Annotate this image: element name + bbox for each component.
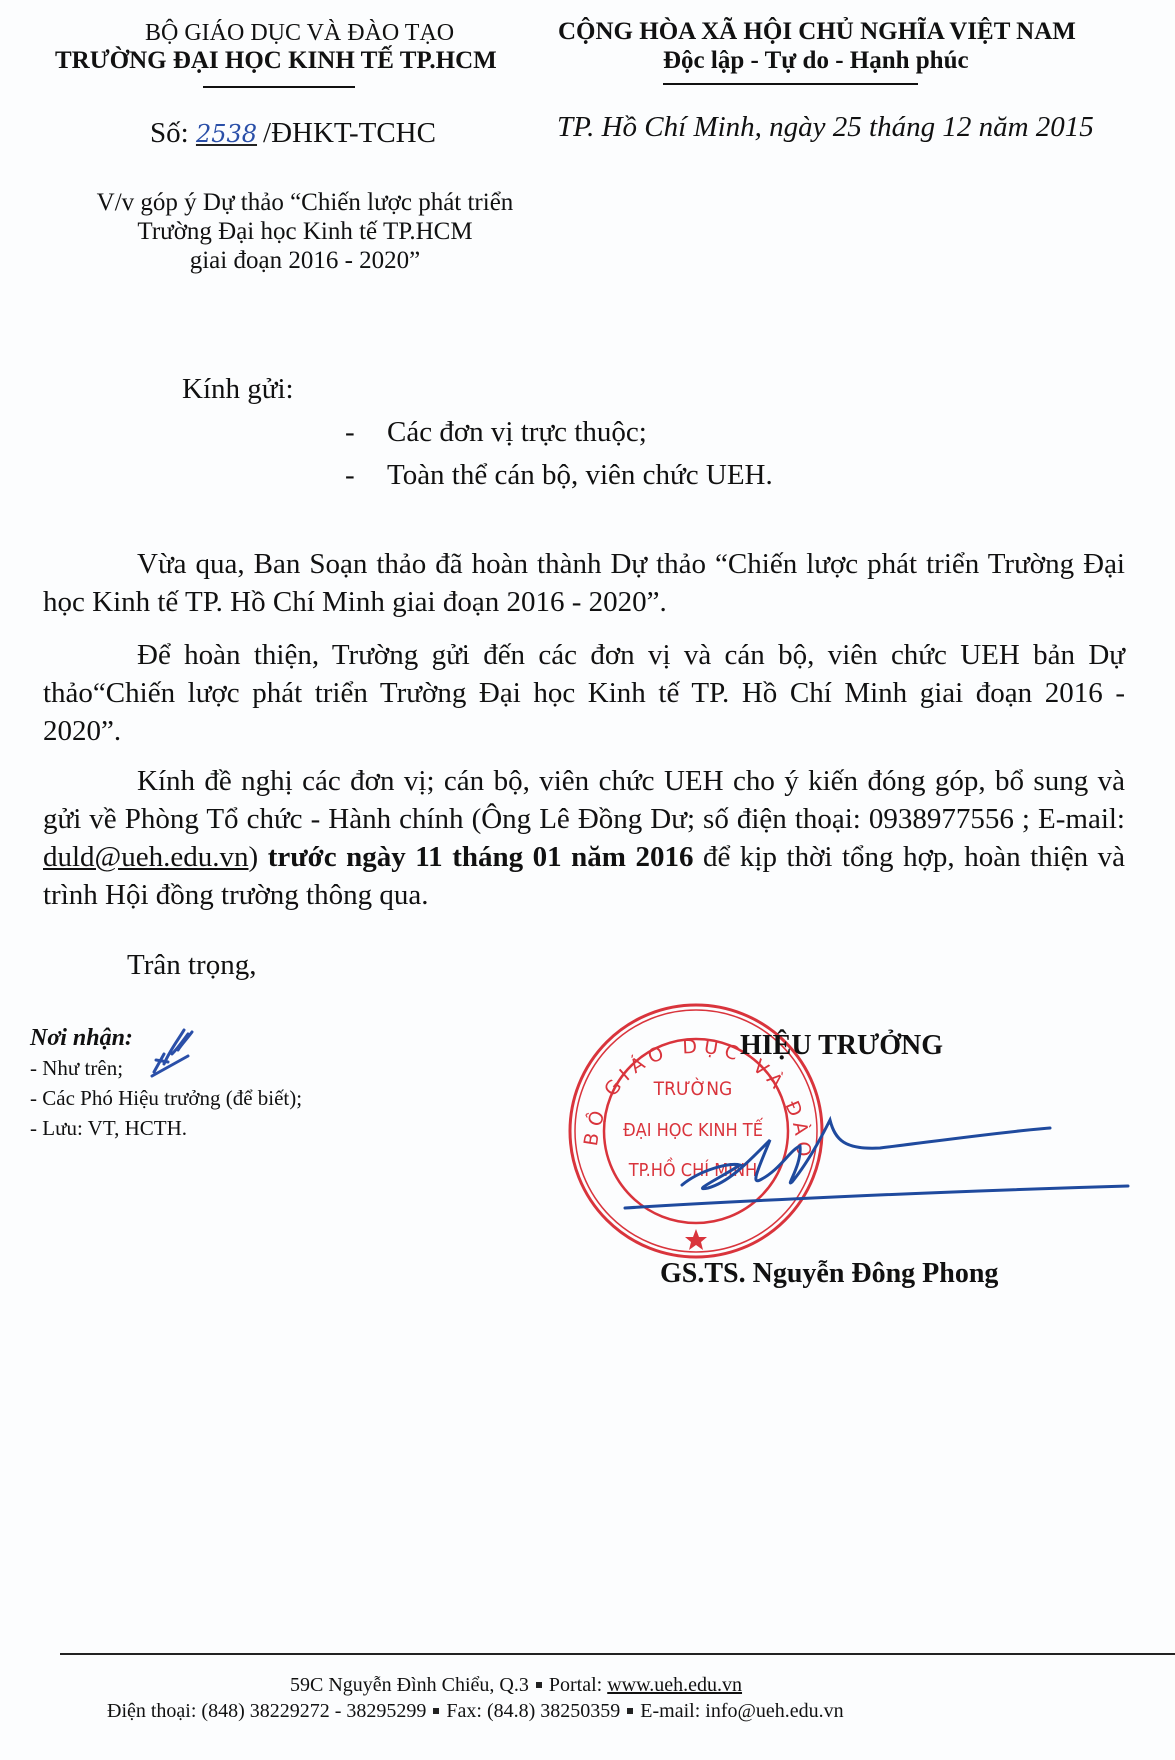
- body-paragraph-3: Kính đề nghị các đơn vị; cán bộ, viên ch…: [43, 762, 1125, 914]
- university-prefix: TRƯỜNG: [55, 47, 173, 74]
- ministry-name: BỘ GIÁO DỤC VÀ ĐÀO TẠO: [145, 19, 454, 47]
- doc-number-suffix: /ĐHKT-TCHC: [263, 117, 436, 149]
- handwritten-initials-icon: [148, 1020, 198, 1080]
- footer-fax: Fax: (84.8) 38250359: [446, 1700, 620, 1722]
- recipient-text: Toàn thể cán bộ, viên chức UEH.: [387, 459, 773, 491]
- subject-line: Trường Đại học Kinh tế TP.HCM: [50, 217, 560, 246]
- recipient-item: -Các đơn vị trực thuộc;: [345, 413, 647, 451]
- footer-divider: [60, 1653, 1175, 1655]
- distribution-item: - Lưu: VT, HCTH.: [30, 1115, 187, 1141]
- recipient-text: Các đơn vị trực thuộc;: [387, 416, 647, 448]
- subject-line: V/v góp ý Dự thảo “Chiến lược phát triển: [50, 188, 560, 217]
- handwritten-signature-icon: [620, 1110, 1140, 1210]
- subject-line: giai đoạn 2016 - 2020”: [50, 246, 560, 275]
- motto-underline: [663, 83, 918, 85]
- deadline-text: trước ngày 11 tháng 01 năm 2016: [268, 841, 694, 873]
- national-title: CỘNG HÒA XÃ HỘI CHỦ NGHĨA VIỆT NAM: [558, 18, 1076, 46]
- paragraph-text: ): [249, 841, 268, 873]
- footer-contact-line: Điện thoại: (848) 38229272 - 38295299Fax…: [107, 1699, 844, 1723]
- closing: Trân trọng,: [127, 948, 256, 982]
- recipient-item: -Toàn thể cán bộ, viên chức UEH.: [345, 456, 773, 494]
- body-paragraph-2: Để hoàn thiện, Trường gửi đến các đơn vị…: [43, 636, 1125, 750]
- footer-address: 59C Nguyễn Đình Chiểu, Q.3: [290, 1674, 529, 1696]
- distribution-item: - Các Phó Hiệu trưởng (để biết);: [30, 1085, 302, 1111]
- university-main: ĐẠI HỌC KINH TẾ TP.HCM: [173, 47, 497, 74]
- portal-link[interactable]: www.ueh.edu.vn: [607, 1674, 742, 1696]
- body-paragraph-1: Vừa qua, Ban Soạn thảo đã hoàn thành Dự …: [43, 545, 1125, 621]
- contact-email-link[interactable]: duld@ueh.edu.vn: [43, 841, 249, 873]
- national-motto: Độc lập - Tự do - Hạnh phúc: [663, 47, 969, 75]
- distribution-title: Nơi nhận:: [30, 1025, 133, 1052]
- date-line: TP. Hồ Chí Minh, ngày 25 tháng 12 năm 20…: [557, 110, 1094, 144]
- footer-email: E-mail: info@ueh.edu.vn: [640, 1700, 843, 1722]
- paragraph-text: Kính đề nghị các đơn vị; cán bộ, viên ch…: [43, 765, 1125, 835]
- handwritten-doc-number: 2538: [196, 120, 263, 148]
- square-bullet-icon: [433, 1708, 439, 1714]
- university-underline: [203, 86, 355, 88]
- document-number: Số: 2538/ĐHKT-TCHC: [150, 116, 436, 151]
- signer-role: HIỆU TRƯỞNG: [740, 1030, 943, 1062]
- dash-bullet: -: [345, 413, 387, 451]
- seal-inner-line: TRƯỜNG: [653, 1076, 733, 1100]
- greeting: Kính gửi:: [182, 370, 294, 408]
- dash-bullet: -: [345, 456, 387, 494]
- signer-name: GS.TS. Nguyễn Đông Phong: [660, 1258, 998, 1290]
- portal-label: Portal:: [549, 1674, 607, 1696]
- footer-phone: Điện thoại: (848) 38229272 - 38295299: [107, 1700, 426, 1722]
- square-bullet-icon: [536, 1682, 542, 1688]
- university-name: TRƯỜNG ĐẠI HỌC KINH TẾ TP.HCM: [55, 47, 497, 75]
- distribution-item: - Như trên;: [30, 1055, 123, 1081]
- footer-address-line: 59C Nguyễn Đình Chiểu, Q.3Portal: www.ue…: [290, 1673, 742, 1697]
- doc-number-label: Số:: [150, 117, 196, 149]
- square-bullet-icon: [627, 1708, 633, 1714]
- subject-block: V/v góp ý Dự thảo “Chiến lược phát triển…: [50, 188, 560, 275]
